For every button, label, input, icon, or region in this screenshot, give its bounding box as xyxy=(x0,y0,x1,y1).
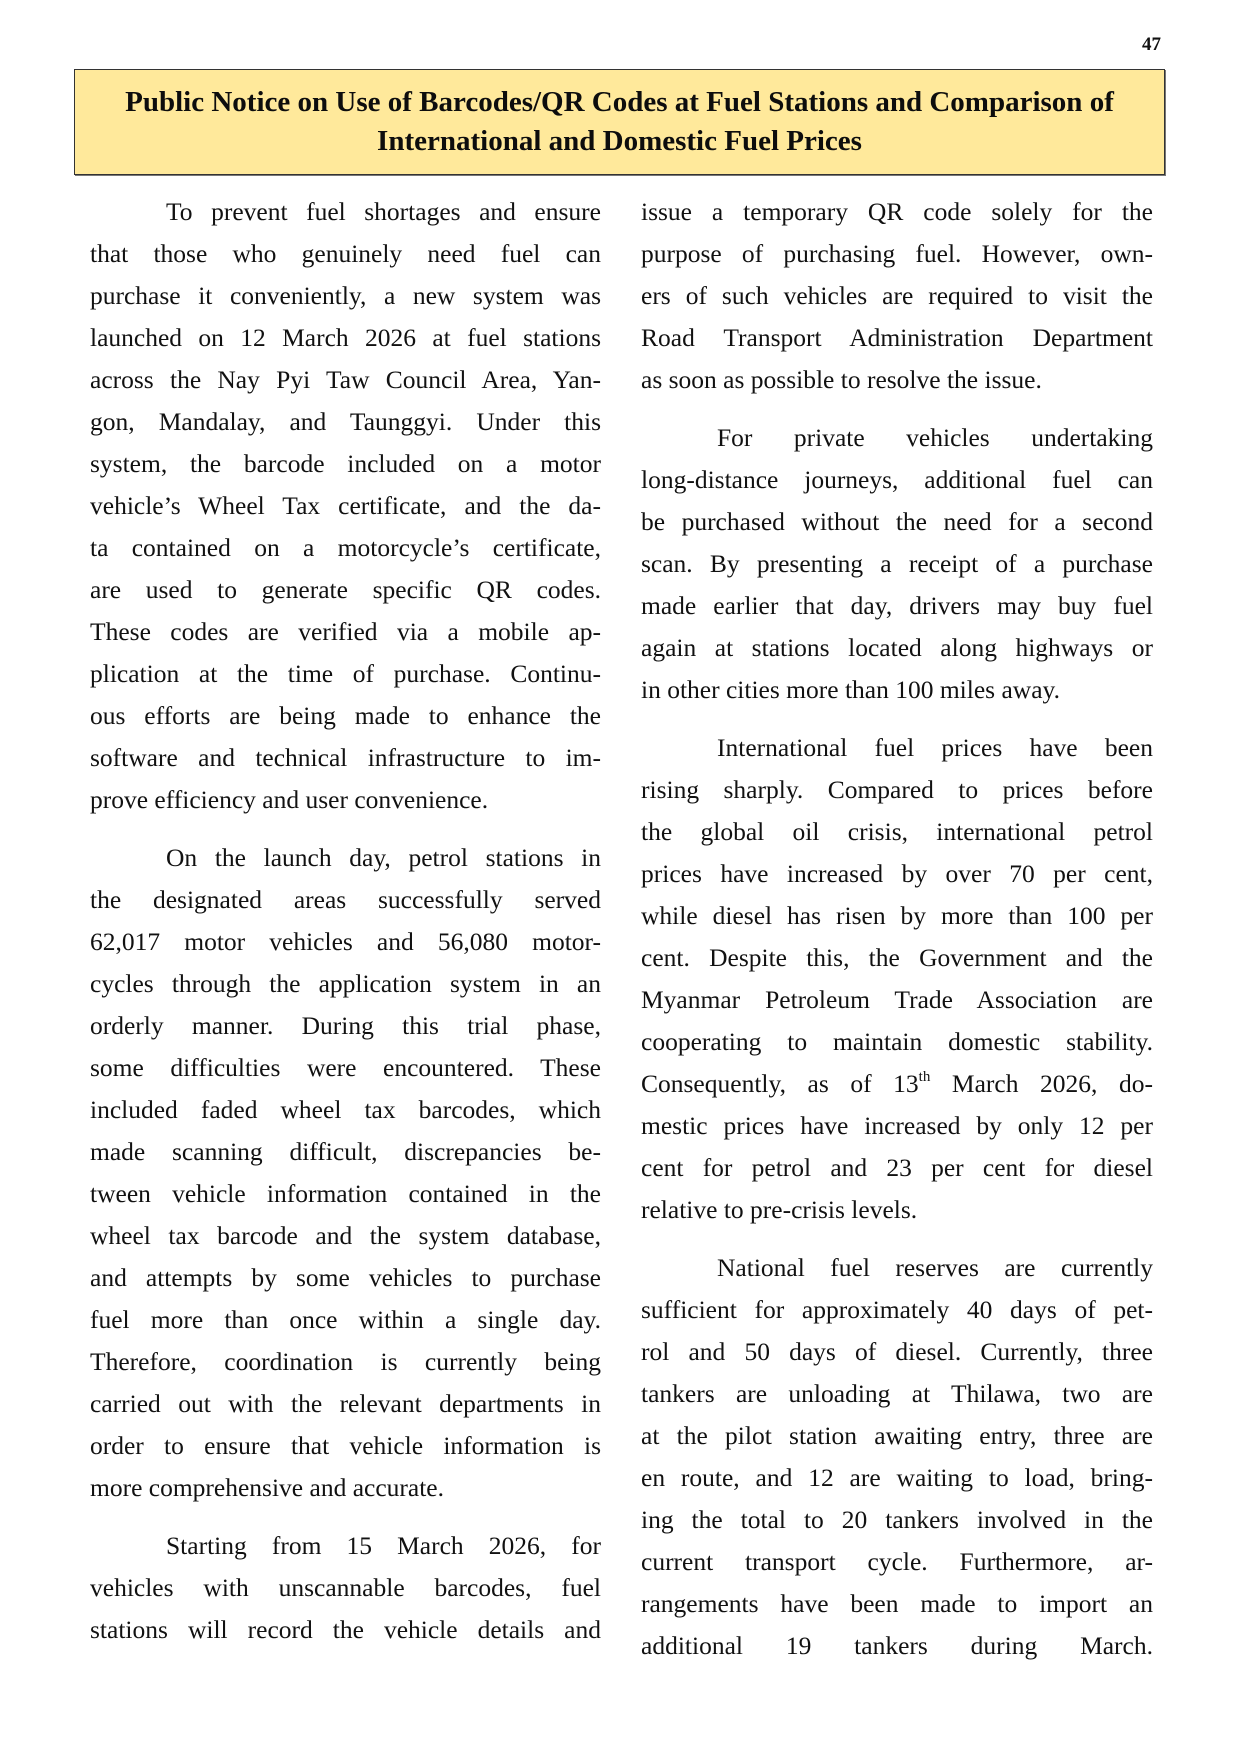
text-line: International fuel prices have been xyxy=(641,727,1153,769)
text-line: purpose of purchasing fuel. However, own… xyxy=(641,233,1153,275)
text-line: en route, and 12 are waiting to load, br… xyxy=(641,1457,1153,1499)
text-line: cycles through the application system in… xyxy=(90,963,601,1005)
text-line: fuel more than once within a single day. xyxy=(90,1299,601,1341)
text-line: issue a temporary QR code solely for the xyxy=(641,191,1153,233)
text-line: included faded wheel tax barcodes, which xyxy=(90,1089,601,1131)
text-line: some difficulties were encountered. Thes… xyxy=(90,1047,601,1089)
text-line: Myanmar Petroleum Trade Association are xyxy=(641,979,1153,1021)
text-line: sufficient for approximately 40 days of … xyxy=(641,1289,1153,1331)
text-line: additional 19 tankers during March. xyxy=(641,1625,1153,1667)
text-line: again at stations located along highways… xyxy=(641,627,1153,669)
text-line: purchase it conveniently, a new system w… xyxy=(90,275,601,317)
text-line: launched on 12 March 2026 at fuel statio… xyxy=(90,317,601,359)
text-line: that those who genuinely need fuel can xyxy=(90,233,601,275)
text-line: rangements have been made to import an xyxy=(641,1583,1153,1625)
text-line: gon, Mandalay, and Taunggyi. Under this xyxy=(90,401,601,443)
text-line: while diesel has risen by more than 100 … xyxy=(641,895,1153,937)
text-line: National fuel reserves are currently xyxy=(641,1247,1153,1289)
text-segment: March 2026, do- xyxy=(930,1069,1153,1098)
text-line: and attempts by some vehicles to purchas… xyxy=(90,1257,601,1299)
page-title-line-1: Public Notice on Use of Barcodes/QR Code… xyxy=(125,83,1114,122)
text-line: cooperating to maintain domestic stabili… xyxy=(641,1021,1153,1063)
paragraph-temporary-qr: issue a temporary QR code solely for the… xyxy=(641,191,1153,401)
text-line: To prevent fuel shortages and ensure xyxy=(90,191,601,233)
text-line-with-superscript: Consequently, as of 13th March 2026, do- xyxy=(641,1063,1153,1105)
text-segment: Consequently, as of 13 xyxy=(641,1069,919,1098)
text-line: ous efforts are being made to enhance th… xyxy=(90,695,601,737)
page-title-line-2: International and Domestic Fuel Prices xyxy=(377,122,862,161)
title-box: Public Notice on Use of Barcodes/QR Code… xyxy=(74,69,1165,175)
text-line: mestic prices have increased by only 12 … xyxy=(641,1105,1153,1147)
text-line: vehicle’s Wheel Tax certificate, and the… xyxy=(90,485,601,527)
paragraph-long-distance: For private vehicles undertaking long-di… xyxy=(641,417,1153,711)
text-line: Therefore, coordination is currently bei… xyxy=(90,1341,601,1383)
text-line: tankers are unloading at Thilawa, two ar… xyxy=(641,1373,1153,1415)
left-column: To prevent fuel shortages and ensure tha… xyxy=(90,191,601,1667)
text-line: cent. Despite this, the Government and t… xyxy=(641,937,1153,979)
text-line: rising sharply. Compared to prices befor… xyxy=(641,769,1153,811)
text-line: These codes are verified via a mobile ap… xyxy=(90,611,601,653)
paragraph-qr-system: To prevent fuel shortages and ensure tha… xyxy=(90,191,601,821)
ordinal-superscript: th xyxy=(919,1069,931,1085)
text-line: are used to generate specific QR codes. xyxy=(90,569,601,611)
text-line: ta contained on a motorcycle’s certifica… xyxy=(90,527,601,569)
text-line: carried out with the relevant department… xyxy=(90,1383,601,1425)
text-line: the global oil crisis, international pet… xyxy=(641,811,1153,853)
text-line: be purchased without the need for a seco… xyxy=(641,501,1153,543)
text-line: long-distance journeys, additional fuel … xyxy=(641,459,1153,501)
text-line: cent for petrol and 23 per cent for dies… xyxy=(641,1147,1153,1189)
text-line: 62,017 motor vehicles and 56,080 motor- xyxy=(90,921,601,963)
right-column: issue a temporary QR code solely for the… xyxy=(641,191,1153,1683)
text-line: made earlier that day, drivers may buy f… xyxy=(641,585,1153,627)
text-line: software and technical infrastructure to… xyxy=(90,737,601,779)
text-line: scan. By presenting a receipt of a purch… xyxy=(641,543,1153,585)
text-line: current transport cycle. Furthermore, ar… xyxy=(641,1541,1153,1583)
text-line: relative to pre-crisis levels. xyxy=(641,1189,1153,1231)
text-line: ing the total to 20 tankers involved in … xyxy=(641,1499,1153,1541)
text-line: rol and 50 days of diesel. Currently, th… xyxy=(641,1331,1153,1373)
text-line: tween vehicle information contained in t… xyxy=(90,1173,601,1215)
paragraph-unscannable-barcodes: Starting from 15 March 2026, for vehicle… xyxy=(90,1525,601,1651)
text-line: orderly manner. During this trial phase, xyxy=(90,1005,601,1047)
text-line: Starting from 15 March 2026, for xyxy=(90,1525,601,1567)
page-number: 47 xyxy=(1142,34,1161,56)
text-line: system, the barcode included on a motor xyxy=(90,443,601,485)
text-line: the designated areas successfully served xyxy=(90,879,601,921)
text-line: prices have increased by over 70 per cen… xyxy=(641,853,1153,895)
text-line: wheel tax barcode and the system databas… xyxy=(90,1215,601,1257)
text-line: in other cities more than 100 miles away… xyxy=(641,669,1153,711)
text-line: at the pilot station awaiting entry, thr… xyxy=(641,1415,1153,1457)
text-line: made scanning difficult, discrepancies b… xyxy=(90,1131,601,1173)
paragraph-fuel-prices: International fuel prices have been risi… xyxy=(641,727,1153,1231)
text-line: prove efficiency and user convenience. xyxy=(90,779,601,821)
text-line: stations will record the vehicle details… xyxy=(90,1609,601,1651)
text-line: vehicles with unscannable barcodes, fuel xyxy=(90,1567,601,1609)
text-line: more comprehensive and accurate. xyxy=(90,1467,601,1509)
text-line: For private vehicles undertaking xyxy=(641,417,1153,459)
text-line: order to ensure that vehicle information… xyxy=(90,1425,601,1467)
text-line: ers of such vehicles are required to vis… xyxy=(641,275,1153,317)
text-line: across the Nay Pyi Taw Council Area, Yan… xyxy=(90,359,601,401)
paragraph-fuel-reserves: National fuel reserves are currently suf… xyxy=(641,1247,1153,1667)
paragraph-launch-day: On the launch day, petrol stations in th… xyxy=(90,837,601,1509)
text-line: On the launch day, petrol stations in xyxy=(90,837,601,879)
text-line: Road Transport Administration Department xyxy=(641,317,1153,359)
text-line: as soon as possible to resolve the issue… xyxy=(641,359,1153,401)
text-line: plication at the time of purchase. Conti… xyxy=(90,653,601,695)
